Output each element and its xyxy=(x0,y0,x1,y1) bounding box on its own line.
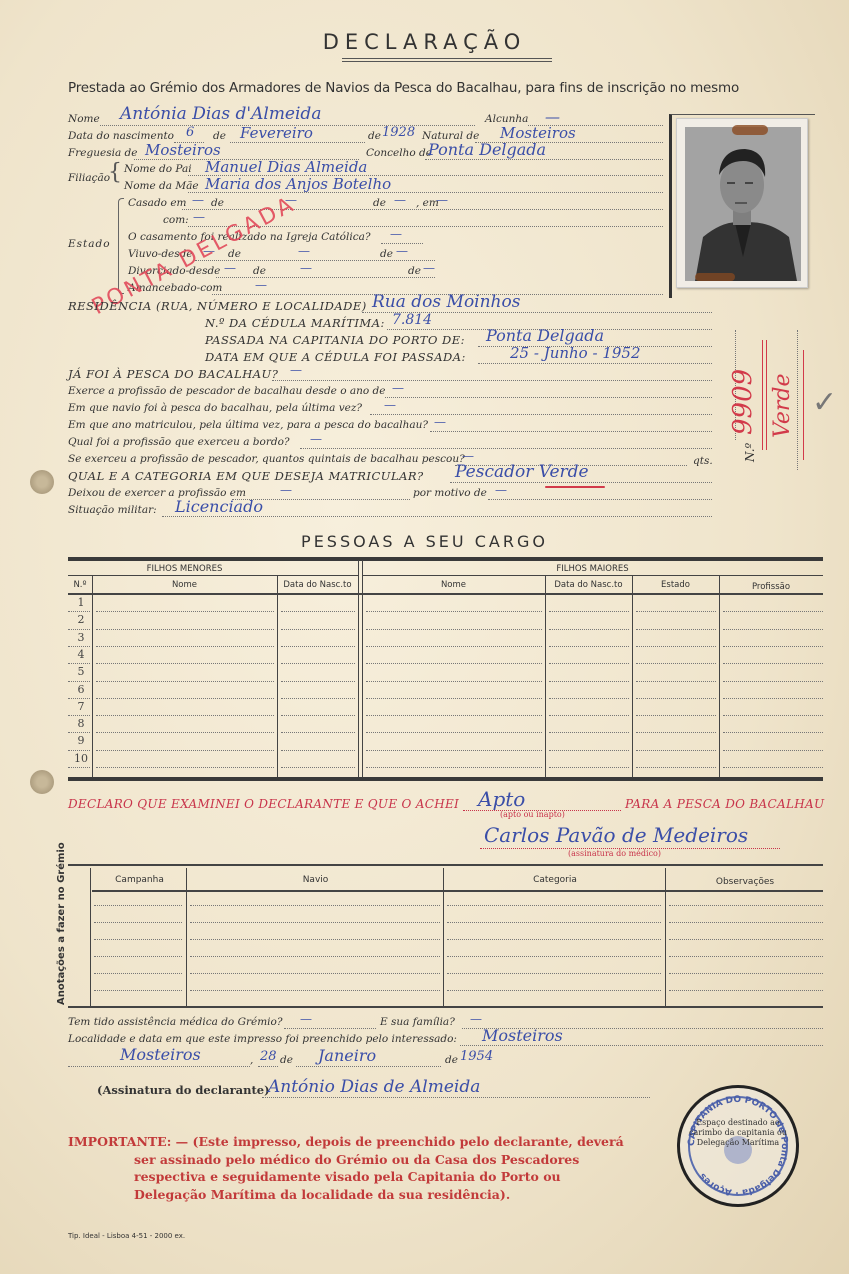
anotacao-cell-line[interactable] xyxy=(447,905,661,906)
table-cell-line[interactable] xyxy=(281,646,355,647)
table-cell-line[interactable] xyxy=(68,767,90,768)
de-label: de xyxy=(368,130,381,142)
table-cell-line[interactable] xyxy=(96,767,274,768)
anotacao-cell-line[interactable] xyxy=(447,922,661,923)
table-cell-line[interactable] xyxy=(549,715,629,716)
para-label: PARA A PESCA DO BACALHAU xyxy=(625,797,824,811)
categoria-value[interactable]: Pescador Verde xyxy=(455,462,589,482)
exerce-value[interactable]: — xyxy=(392,381,404,395)
familia-value[interactable]: — xyxy=(470,1012,482,1026)
filiacao-label: Filiação xyxy=(68,172,110,184)
table-cell-line[interactable] xyxy=(636,750,716,751)
casado-ano[interactable]: — xyxy=(394,193,406,207)
anotacao-cell-line[interactable] xyxy=(447,956,661,957)
col-divider xyxy=(665,868,666,1006)
residencia-label: RESIDÊNCIA (RUA, NÚMERO E LOCALIDADE) xyxy=(68,299,367,313)
mae-label: Nome da Mãe xyxy=(124,180,199,192)
pai-label: Nome do Pai xyxy=(124,163,192,175)
red-margin-line xyxy=(803,350,804,460)
important-body: ser assinado pelo médico do Grémio ou da… xyxy=(68,1151,628,1204)
col-nome-menores: Nome xyxy=(92,580,277,590)
anotacao-cell-line[interactable] xyxy=(669,922,823,923)
col-divider xyxy=(358,560,359,777)
capitania-seal: CAPITANIA DO PORTO de Ponta Delgada · Aç… xyxy=(677,1085,799,1207)
row-number: 3 xyxy=(70,631,92,644)
red-margin-line xyxy=(766,340,767,450)
declarante-signature[interactable]: António Dias de Almeida xyxy=(268,1077,480,1097)
pessoas-title: PESSOAS A SEU CARGO xyxy=(0,532,849,551)
table-cell-line[interactable] xyxy=(549,629,629,630)
freguesia-value[interactable]: Mosteiros xyxy=(145,141,221,159)
data-cedula-label: DATA EM QUE A CÉDULA FOI PASSADA: xyxy=(205,350,466,364)
col-divider xyxy=(443,868,444,1006)
casado-label: Casado em xyxy=(128,197,187,209)
apto-hint: (apto ou inapto) xyxy=(500,810,565,819)
table-cell-line[interactable] xyxy=(636,611,716,612)
col-profissao: Profissão xyxy=(719,582,823,592)
cedula-label: N.º DA CÉDULA MARÍTIMA: xyxy=(205,316,385,330)
table-cell-line[interactable] xyxy=(68,750,90,751)
table-cell-line[interactable] xyxy=(723,715,823,716)
anotacao-cell-line[interactable] xyxy=(669,973,823,974)
row-number: 5 xyxy=(70,665,92,678)
navio-line xyxy=(370,414,712,415)
de-label: de xyxy=(280,1054,293,1066)
table-cell-line[interactable] xyxy=(96,698,274,699)
table-cell-line[interactable] xyxy=(636,698,716,699)
col-data-maiores: Data do Nasc.to xyxy=(545,580,632,590)
row-number: 7 xyxy=(70,700,92,713)
col-divider xyxy=(92,575,93,777)
table-cell-line[interactable] xyxy=(68,732,90,733)
familia-label: E sua família? xyxy=(380,1016,455,1028)
anotacao-cell-line[interactable] xyxy=(190,939,440,940)
anotacao-cell-line[interactable] xyxy=(669,939,823,940)
anotacao-cell-line[interactable] xyxy=(669,956,823,957)
ja-foi-label: JÁ FOI À PESCA DO BACALHAU? xyxy=(68,367,278,381)
col-divider xyxy=(186,868,187,1006)
mes-line xyxy=(230,142,365,143)
com-value[interactable]: — xyxy=(193,210,205,224)
filhos-maiores-header: FILHOS MAIORES xyxy=(362,564,823,574)
table-cell-line[interactable] xyxy=(723,663,823,664)
table-cell-line[interactable] xyxy=(281,611,355,612)
localidade-label: Localidade e data em que este impresso f… xyxy=(68,1033,457,1045)
table-cell-line[interactable] xyxy=(636,663,716,664)
table-cell-line[interactable] xyxy=(68,629,90,630)
declaro-label: DECLARO QUE EXAMINEI O DECLARANTE E QUE … xyxy=(68,797,459,811)
anotacao-cell-line[interactable] xyxy=(447,939,661,940)
table-cell-line[interactable] xyxy=(281,698,355,699)
table-cell-line[interactable] xyxy=(723,611,823,612)
table-cell-line[interactable] xyxy=(68,681,90,682)
de-label: de xyxy=(253,265,266,277)
assistencia-label: Tem tido assistência médica do Grémio? xyxy=(68,1016,282,1028)
casado-dia[interactable]: — xyxy=(192,193,204,207)
table-cell-line[interactable] xyxy=(96,750,274,751)
table-cell-line[interactable] xyxy=(96,629,274,630)
nome-label: Nome xyxy=(68,113,100,125)
de-label: de xyxy=(445,1054,458,1066)
de-label: de xyxy=(408,265,421,277)
localidade-line xyxy=(460,1045,823,1046)
table-cell-line[interactable] xyxy=(68,663,90,664)
col-numero: N.º xyxy=(68,580,92,590)
red-underline xyxy=(545,486,605,488)
ano-matric-line xyxy=(430,431,712,432)
table-cell-line[interactable] xyxy=(281,715,355,716)
table-cell-line[interactable] xyxy=(366,629,542,630)
divorciado-value[interactable]: — xyxy=(224,261,236,275)
nascimento-ano[interactable]: 1928 xyxy=(382,125,415,140)
col-categoria: Categoria xyxy=(445,875,665,885)
table-cell-line[interactable] xyxy=(636,732,716,733)
navio-value[interactable]: — xyxy=(384,398,396,412)
anotacao-cell-line[interactable] xyxy=(190,956,440,957)
header-bottom-rule xyxy=(68,593,823,595)
table-cell-line[interactable] xyxy=(366,732,542,733)
divorciado-mes[interactable]: — xyxy=(300,261,312,275)
ano-matric-value[interactable]: — xyxy=(434,415,446,429)
rust-stain xyxy=(695,273,735,281)
table-cell-line[interactable] xyxy=(723,698,823,699)
anotacao-cell-line[interactable] xyxy=(447,973,661,974)
table-cell-line[interactable] xyxy=(281,750,355,751)
de-label: de xyxy=(380,248,393,260)
anotacoes-side-label: Anotações a fazer no Grémio xyxy=(56,842,67,1005)
table-bottom-rule xyxy=(68,777,823,781)
table-cell-line[interactable] xyxy=(723,681,823,682)
viuvo-mes[interactable]: — xyxy=(298,244,310,258)
row-number: 2 xyxy=(70,613,92,626)
photo-image xyxy=(685,127,801,281)
categoria-line xyxy=(450,482,712,483)
mes-value[interactable]: Janeiro xyxy=(318,1046,376,1065)
table-cell-line[interactable] xyxy=(68,715,90,716)
table-cell-line[interactable] xyxy=(723,732,823,733)
table-cell-line[interactable] xyxy=(281,663,355,664)
de-label: de xyxy=(211,197,224,209)
table-cell-line[interactable] xyxy=(96,715,274,716)
col-divider xyxy=(90,868,91,1006)
militar-line xyxy=(162,516,712,517)
col-campanha: Campanha xyxy=(92,875,187,885)
table-cell-line[interactable] xyxy=(723,629,823,630)
dia-line xyxy=(258,1066,278,1067)
local2-line xyxy=(68,1066,250,1067)
anotacao-cell-line[interactable] xyxy=(94,905,182,906)
table-cell-line[interactable] xyxy=(723,750,823,751)
header-rule xyxy=(362,575,823,576)
table-cell-line[interactable] xyxy=(68,611,90,612)
ja-foi-line xyxy=(272,380,712,381)
col-divider xyxy=(632,575,633,777)
igreja-value[interactable]: — xyxy=(390,227,402,241)
title-underline xyxy=(342,58,552,62)
table-cell-line[interactable] xyxy=(366,611,542,612)
exerce-line xyxy=(385,397,712,398)
col-navio: Navio xyxy=(188,875,443,885)
col-nome-maiores: Nome xyxy=(362,580,545,590)
table-cell-line[interactable] xyxy=(96,646,274,647)
ano-matric-label: Em que ano matriculou, pela última vez, … xyxy=(68,419,428,431)
row-number: 6 xyxy=(70,683,92,696)
table-cell-line[interactable] xyxy=(96,732,274,733)
table-cell-line[interactable] xyxy=(281,681,355,682)
mae-value[interactable]: Maria dos Anjos Botelho xyxy=(205,175,391,193)
table-cell-line[interactable] xyxy=(636,681,716,682)
anotacoes-top-rule xyxy=(68,864,823,866)
cedula-value[interactable]: 7.814 xyxy=(392,312,432,328)
anotacao-cell-line[interactable] xyxy=(94,990,182,991)
table-cell-line[interactable] xyxy=(636,646,716,647)
local2-value[interactable]: Mosteiros xyxy=(120,1045,201,1064)
subtitle: Prestada ao Grémio dos Armadores de Navi… xyxy=(68,80,739,96)
anotacao-cell-line[interactable] xyxy=(94,973,182,974)
col-estado: Estado xyxy=(632,580,719,590)
red-margin-line xyxy=(762,340,763,450)
profissao-bordo-label: Qual foi a profissão que exerceu a bordo… xyxy=(68,436,290,448)
nascimento-mes[interactable]: Fevereiro xyxy=(240,124,313,142)
table-cell-line[interactable] xyxy=(366,750,542,751)
filiacao-brace: { xyxy=(108,162,122,184)
punch-hole xyxy=(30,770,54,794)
profissao-bordo-value[interactable]: — xyxy=(310,432,322,446)
com-label: com: xyxy=(163,214,189,226)
table-cell-line[interactable] xyxy=(281,629,355,630)
ja-foi-value[interactable]: — xyxy=(290,363,302,377)
comma: , xyxy=(250,1054,253,1066)
col-divider xyxy=(545,575,546,777)
medico-signature[interactable]: Carlos Pavão de Medeiros xyxy=(484,823,748,847)
anotacao-cell-line[interactable] xyxy=(94,939,182,940)
table-cell-line[interactable] xyxy=(723,767,823,768)
col-data-menores: Data do Nasc.to xyxy=(277,580,358,590)
quintais-value[interactable]: — xyxy=(462,449,474,463)
portrait-icon xyxy=(685,127,801,281)
row-number: 9 xyxy=(70,734,92,747)
table-cell-line[interactable] xyxy=(366,767,542,768)
page-title: DECLARAÇÃO xyxy=(0,30,849,54)
margin-categoria: Verde xyxy=(770,373,795,438)
estado-label: Estado xyxy=(68,238,111,250)
militar-label: Situação militar: xyxy=(68,504,157,516)
table-cell-line[interactable] xyxy=(549,767,629,768)
motivo-label: por motivo de xyxy=(413,487,487,499)
table-cell-line[interactable] xyxy=(281,767,355,768)
concelho-value[interactable]: Ponta Delgada xyxy=(428,140,546,159)
filhos-menores-header: FILHOS MENORES xyxy=(92,564,277,574)
important-note: IMPORTANTE: — (Este impresso, depois de … xyxy=(68,1133,628,1203)
freguesia-label: Freguesia de xyxy=(68,147,138,159)
residencia-value[interactable]: Rua dos Moinhos xyxy=(372,292,520,312)
dia-value[interactable]: 28 xyxy=(260,1049,277,1064)
table-cell-line[interactable] xyxy=(549,750,629,751)
divorciado-ano[interactable]: — xyxy=(423,261,435,275)
col-divider xyxy=(277,575,278,777)
categoria-label: QUAL E A CATEGORIA EM QUE DESEJA MATRICU… xyxy=(68,469,424,483)
col-observacoes: Observações xyxy=(667,877,823,887)
table-cell-line[interactable] xyxy=(636,629,716,630)
table-cell-line[interactable] xyxy=(549,663,629,664)
anotacao-cell-line[interactable] xyxy=(669,990,823,991)
nascimento-dia[interactable]: 6 xyxy=(186,125,194,140)
assinatura-line xyxy=(262,1097,650,1098)
anotacoes-header-rule xyxy=(92,890,823,892)
numero-label: N.º xyxy=(743,443,757,462)
medico-signature-hint: (assinatura do médico) xyxy=(568,849,661,858)
row-number: 8 xyxy=(70,717,92,730)
assinatura-label: (Assinatura do declarante) xyxy=(97,1083,270,1097)
militar-value[interactable]: Licenciado xyxy=(175,497,263,516)
table-cell-line[interactable] xyxy=(96,681,274,682)
deixou-value[interactable]: — xyxy=(280,483,292,497)
anotacao-cell-line[interactable] xyxy=(94,922,182,923)
motivo-line xyxy=(488,499,712,500)
concelho-label: Concelho de xyxy=(366,147,432,159)
checkmark-icon: ✓ xyxy=(812,385,837,420)
header-rule xyxy=(68,575,358,576)
col-divider xyxy=(362,560,363,777)
table-cell-line[interactable] xyxy=(549,732,629,733)
important-lead: IMPORTANTE: — (Este impresso, depois de … xyxy=(68,1134,624,1149)
mes-line xyxy=(296,1066,441,1067)
ano-value[interactable]: 1954 xyxy=(460,1049,493,1064)
concelho-line xyxy=(425,159,663,160)
table-cell-line[interactable] xyxy=(96,611,274,612)
document-page: DECLARAÇÃO Prestada ao Grémio dos Armado… xyxy=(0,0,849,1274)
table-cell-line[interactable] xyxy=(549,698,629,699)
data-cedula-line xyxy=(478,363,712,364)
anotacao-cell-line[interactable] xyxy=(447,990,661,991)
printer-credit: Tip. Ideal - Lisboa 4-51 - 2000 ex. xyxy=(68,1232,185,1240)
numero-value[interactable]: 9909 xyxy=(728,369,758,435)
table-cell-line[interactable] xyxy=(366,698,542,699)
table-cell-line[interactable] xyxy=(68,698,90,699)
rust-stain xyxy=(732,125,768,135)
table-cell-line[interactable] xyxy=(549,611,629,612)
margin-dotted-line xyxy=(797,330,798,470)
motivo-value[interactable]: — xyxy=(495,483,507,497)
table-cell-line[interactable] xyxy=(366,715,542,716)
table-cell-line[interactable] xyxy=(366,646,542,647)
row-number: 1 xyxy=(70,596,92,609)
anotacoes-bottom-rule xyxy=(68,1006,823,1008)
table-cell-line[interactable] xyxy=(281,732,355,733)
amancebado-value[interactable]: — xyxy=(255,278,267,292)
anotacao-cell-line[interactable] xyxy=(190,973,440,974)
anotacao-cell-line[interactable] xyxy=(190,905,440,906)
table-cell-line[interactable] xyxy=(366,681,542,682)
capitania-value[interactable]: Ponta Delgada xyxy=(486,326,604,345)
anotacao-cell-line[interactable] xyxy=(190,922,440,923)
col-divider xyxy=(719,575,720,777)
table-top-rule xyxy=(68,557,823,561)
table-cell-line[interactable] xyxy=(636,767,716,768)
table-cell-line[interactable] xyxy=(636,715,716,716)
data-cedula-value[interactable]: 25 - Junho - 1952 xyxy=(510,344,641,362)
exerce-label: Exerce a profissão de pescador de bacalh… xyxy=(68,385,386,397)
nome-value[interactable]: Antónia Dias d'Almeida xyxy=(120,104,321,124)
profissao-bordo-line xyxy=(300,448,712,449)
localidade-value[interactable]: Mosteiros xyxy=(482,1026,563,1045)
table-cell-line[interactable] xyxy=(549,681,629,682)
assistencia-line xyxy=(284,1028,376,1029)
table-cell-line[interactable] xyxy=(549,646,629,647)
pai-value[interactable]: Manuel Dias Almeida xyxy=(205,158,367,176)
table-cell-line[interactable] xyxy=(68,646,90,647)
apto-value[interactable]: Apto xyxy=(478,787,525,811)
casado-local[interactable]: — xyxy=(436,193,448,207)
anotacao-cell-line[interactable] xyxy=(669,905,823,906)
row-number: 10 xyxy=(70,752,92,765)
seal-text: Espaço destinado ao carimbo da capitania… xyxy=(680,1118,796,1148)
punch-hole xyxy=(30,470,54,494)
capitania-label: PASSADA NA CAPITANIA DO PORTO DE: xyxy=(205,333,465,347)
assistencia-value[interactable]: — xyxy=(300,1012,312,1026)
applicant-photo xyxy=(676,118,808,288)
quintais-label: Se exerceu a profissão de pescador, quan… xyxy=(68,453,465,465)
de-label: de xyxy=(373,197,386,209)
viuvo-ano[interactable]: — xyxy=(396,244,408,258)
divorciado-line xyxy=(216,277,435,278)
table-cell-line[interactable] xyxy=(723,646,823,647)
anotacao-cell-line[interactable] xyxy=(94,956,182,957)
anotacao-cell-line[interactable] xyxy=(190,990,440,991)
row-number: 4 xyxy=(70,648,92,661)
qts-label: qts. xyxy=(693,455,713,467)
navio-label: Em que navio foi à pesca do bacalhau, pe… xyxy=(68,402,362,414)
table-cell-line[interactable] xyxy=(96,663,274,664)
table-cell-line[interactable] xyxy=(366,663,542,664)
